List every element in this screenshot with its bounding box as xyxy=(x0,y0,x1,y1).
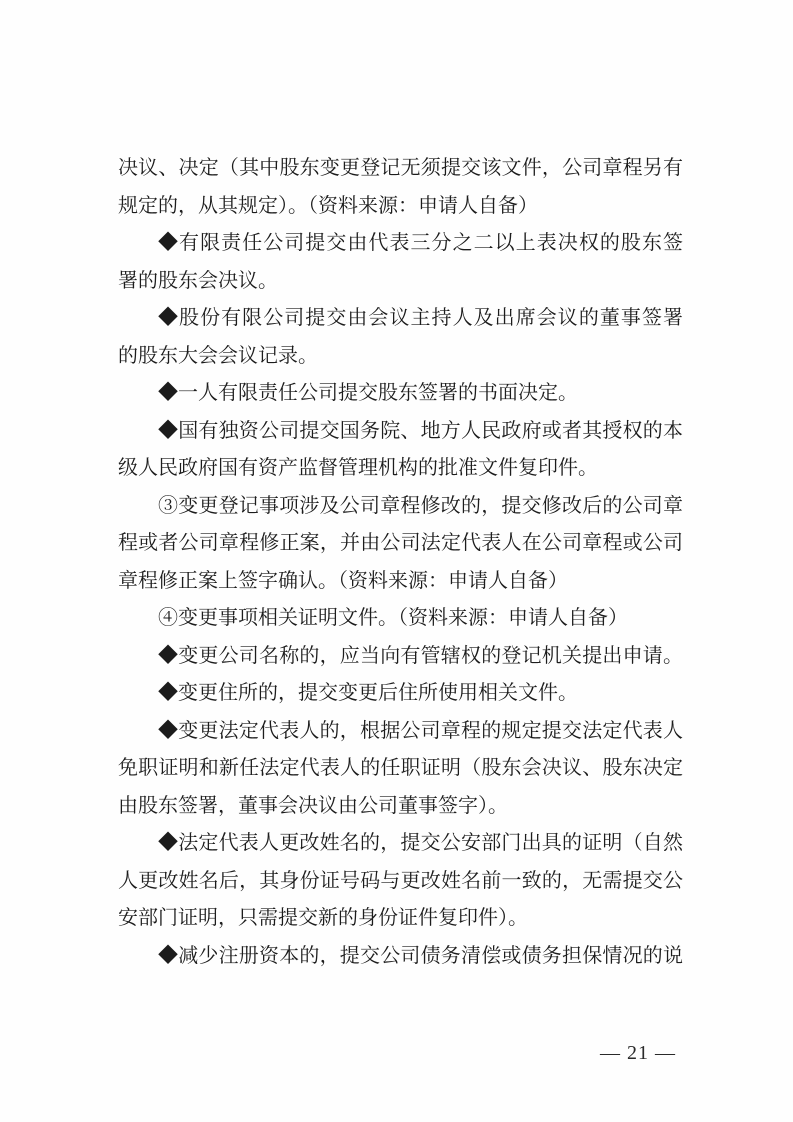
text-line: 免职证明和新任法定代表人的任职证明（股东会决议、股东决定 xyxy=(118,750,683,788)
text-line: 由股东签署，董事会决议由公司董事签字）。 xyxy=(118,788,683,826)
text-line: ◆国有独资公司提交国务院、地方人民政府或者其授权的本 xyxy=(118,413,683,451)
text-line: 安部门证明，只需提交新的身份证件复印件）。 xyxy=(118,900,683,938)
text-line: ◆变更公司名称的，应当向有管辖权的登记机关提出申请。 xyxy=(118,638,683,676)
text-line: ◆有限责任公司提交由代表三分之二以上表决权的股东签 xyxy=(118,225,683,263)
text-line: 规定的，从其规定）。（资料来源：申请人自备） xyxy=(118,188,683,226)
text-line: ◆法定代表人更改姓名的，提交公安部门出具的证明（自然 xyxy=(118,825,683,863)
text-line: ◆股份有限公司提交由会议主持人及出席会议的董事签署 xyxy=(118,300,683,338)
text-line: ◆减少注册资本的，提交公司债务清偿或债务担保情况的说 xyxy=(118,938,683,976)
text-line: ◆一人有限责任公司提交股东签署的书面决定。 xyxy=(118,375,683,413)
text-line: 决议、决定（其中股东变更登记无须提交该文件，公司章程另有 xyxy=(118,150,683,188)
text-line: ◆变更法定代表人的，根据公司章程的规定提交法定代表人 xyxy=(118,713,683,751)
text-line: 程或者公司章程修正案，并由公司法定代表人在公司章程或公司 xyxy=(118,525,683,563)
text-line: ③变更登记事项涉及公司章程修改的，提交修改后的公司章 xyxy=(118,488,683,526)
text-line: 人更改姓名后，其身份证号码与更改姓名前一致的，无需提交公 xyxy=(118,863,683,901)
text-line: ◆变更住所的，提交变更后住所使用相关文件。 xyxy=(118,675,683,713)
page-number: — 21 — xyxy=(563,1042,713,1065)
text-line: 章程修正案上签字确认。（资料来源：申请人自备） xyxy=(118,563,683,601)
text-line: 的股东大会会议记录。 xyxy=(118,338,683,376)
text-line: ④变更事项相关证明文件。（资料来源：申请人自备） xyxy=(118,600,683,638)
text-line: 署的股东会决议。 xyxy=(118,263,683,301)
document-page: 决议、决定（其中股东变更登记无须提交该文件，公司章程另有规定的，从其规定）。（资… xyxy=(0,0,793,1122)
text-line: 级人民政府国有资产监督管理机构的批准文件复印件。 xyxy=(118,450,683,488)
body-text: 决议、决定（其中股东变更登记无须提交该文件，公司章程另有规定的，从其规定）。（资… xyxy=(118,150,683,975)
